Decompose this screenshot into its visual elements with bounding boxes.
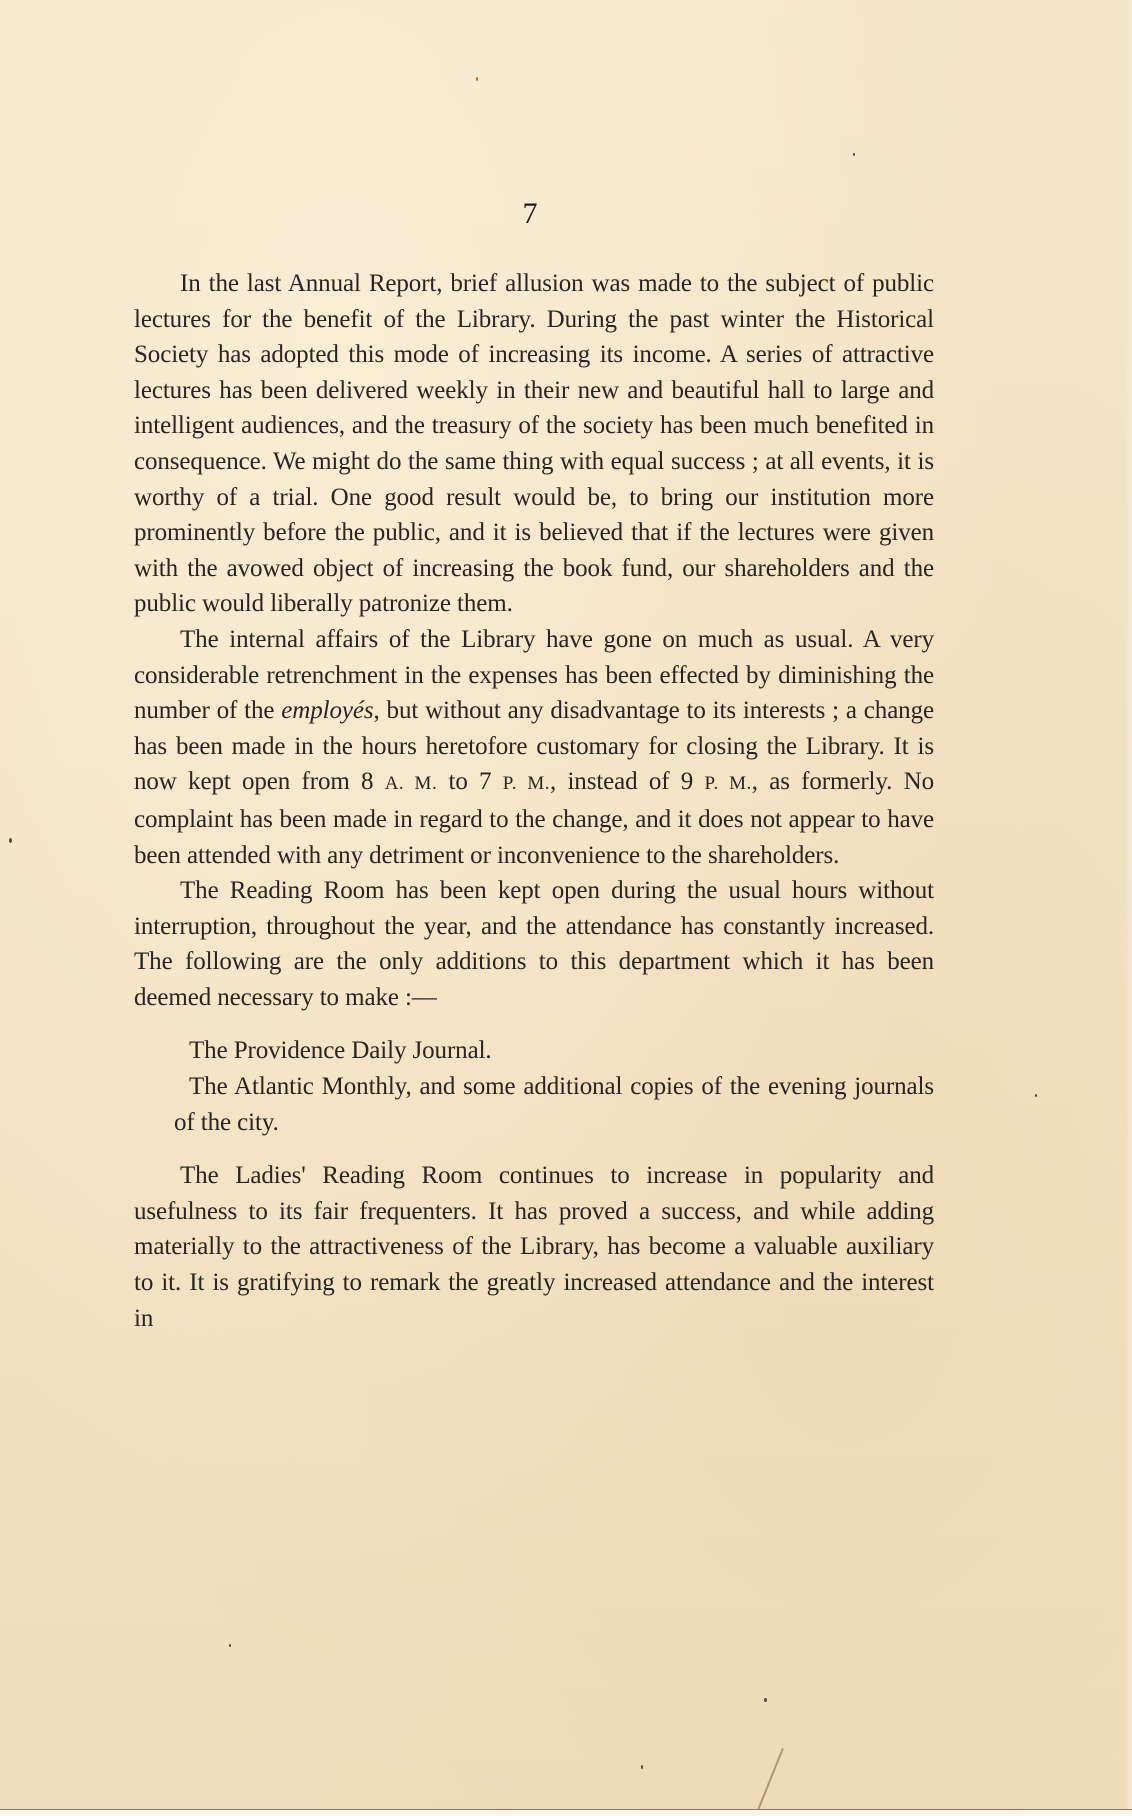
paper-speck bbox=[229, 1644, 231, 1647]
time-am: A. M. bbox=[385, 773, 438, 794]
time-pm: P. M. bbox=[503, 773, 550, 794]
time-pm: P. M. bbox=[705, 773, 752, 794]
page-edge-right bbox=[1126, 0, 1132, 1816]
paper-speck bbox=[641, 1765, 643, 1769]
page-number: 7 bbox=[0, 196, 1060, 232]
paragraph-reading-room: The Reading Room has been kept open duri… bbox=[134, 873, 934, 1015]
list-item: The Providence Daily Journal. bbox=[134, 1033, 934, 1069]
paper-speck bbox=[764, 1698, 767, 1702]
paper-speck bbox=[853, 153, 855, 156]
paragraph-ladies-reading-room: The Ladies' Reading Room continues to in… bbox=[134, 1158, 934, 1336]
document-page: 7 In the last Annual Report, brief allus… bbox=[0, 0, 1132, 1816]
list-item-text: The Atlantic Monthly, and some additiona… bbox=[174, 1069, 934, 1140]
italic-term: employés bbox=[281, 697, 373, 724]
page-edge-bottom bbox=[0, 1809, 1132, 1816]
list-item: The Atlantic Monthly, and some additiona… bbox=[134, 1069, 934, 1140]
text-segment: , instead of 9 bbox=[550, 768, 704, 795]
additions-list: The Providence Daily Journal. The Atlant… bbox=[134, 1033, 934, 1140]
paper-speck bbox=[1035, 1094, 1037, 1097]
paper-crease bbox=[757, 1748, 784, 1812]
text-segment: to 7 bbox=[437, 768, 503, 795]
paragraph-internal-affairs: The internal affairs of the Library have… bbox=[134, 622, 934, 873]
body-text: In the last Annual Report, brief allusio… bbox=[134, 266, 934, 1336]
paper-speck bbox=[476, 77, 478, 81]
paragraph-lectures: In the last Annual Report, brief allusio… bbox=[134, 266, 934, 622]
paper-speck bbox=[9, 838, 12, 843]
